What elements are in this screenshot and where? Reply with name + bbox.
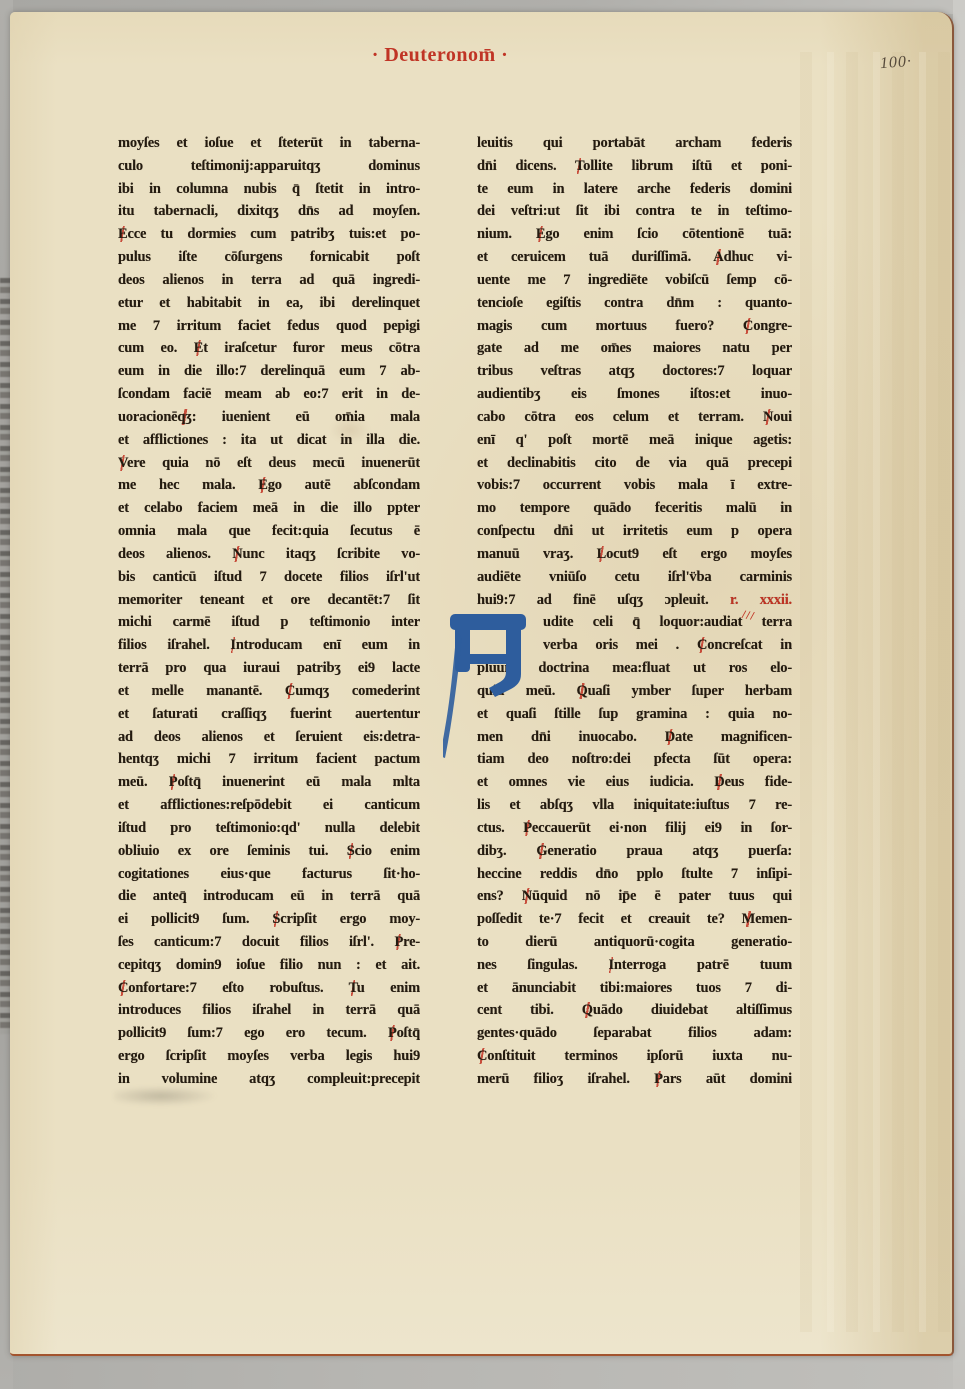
text-line: pluuia doctrina mea:fluat ut ros elo- <box>477 657 792 680</box>
text-line: cum eo. Et iraſcetur furor meus cōtra <box>118 337 420 360</box>
text-line: dibʒ. Generatio praua atqʒ puerſa: <box>477 840 792 863</box>
text-line: cogitationes eius·que facturus ſit·ho- <box>118 863 420 886</box>
text-line: ad deos alienos et ſeruient eis:detra- <box>118 726 420 749</box>
text-line: hentqʒ michi 7 irritum facient pactum <box>118 748 420 771</box>
text-line: conſpectu dn̄i ut irritetis eum p opera <box>477 520 792 543</box>
text-line: memoriter teneant et ore decantēt:7 ſit <box>118 589 420 612</box>
text-line: quiū meū. Quaſi ymber ſuper herbam <box>477 680 792 703</box>
manuscript-scan: { "page": { "running_header": "· Deutero… <box>0 0 965 1389</box>
text-line: Conſtituit terminos ipſorū iuxta nu- <box>477 1045 792 1068</box>
text-line: die anteq̄ introducam eū in terrā quā <box>118 885 420 908</box>
text-line: audientibʒ eis ſmones iſtos:et inuo- <box>477 383 792 406</box>
text-line: meū. Poſtq̄ inuenerint eū mala mlta <box>118 771 420 794</box>
text-line: obliuio ex ore ſeminis tui. Scio enim <box>118 840 420 863</box>
text-line: michi carmē iſtud p teſtimonio inter <box>118 611 420 634</box>
corrector-marks: /// <box>741 607 756 624</box>
text-line: ei pollicit9 ſum. Scripſit ergo moy- <box>118 908 420 931</box>
text-line: nes ſingulas. Interroga patrē tuum <box>477 954 792 977</box>
text-line: omnia mala que fecit:quia ſecutus ē <box>118 520 420 543</box>
text-line: pulus iſte cōſurgens fornicabit poſt <box>118 246 420 269</box>
text-line: introduces filios iſrahel in terrā quā <box>118 999 420 1022</box>
running-header: · Deuteronom̄ · <box>300 44 580 67</box>
text-line: manuū vraʒ. Locut9 eſt ergo moyſes <box>477 543 792 566</box>
text-line: to dierū antiquorū·cogita generatio- <box>477 931 792 954</box>
text-line: cepitqʒ domin9 ioſue filio nun : et ait. <box>118 954 420 977</box>
text-line: te eum in latere arche federis domini <box>477 178 792 201</box>
text-line: ergo ſcripſit moyſes verba legis hui9 <box>118 1045 420 1068</box>
text-line: dn̄i dicens. Tollite librum iſtū et poni… <box>477 155 792 178</box>
folio-number: 100· <box>879 53 912 73</box>
text-line: et afflictiones : ita ut dicat in illa d… <box>118 429 420 452</box>
text-line: nium. Ego enim ſcio cōtentionē tuā: <box>477 223 792 246</box>
text-line: et ceruicem tuā duriſſimā. Adhuc vi- <box>477 246 792 269</box>
scanner-background-bottom <box>0 1356 965 1389</box>
text-line: verba oris mei . Concreſcat in <box>477 634 792 657</box>
text-line: pollicit9 ſum:7 ego ero tecum. Poſtq̄ <box>118 1022 420 1045</box>
text-line: iſtud pro teſtimonio:qd' nulla delebit <box>118 817 420 840</box>
text-line: et ānunciabit tibi:maiores tuos 7 di- <box>477 977 792 1000</box>
text-line: filios iſrahel. Introducam enī eum in <box>118 634 420 657</box>
text-line: vobis:7 occurrent vobis mala ī extre- <box>477 474 792 497</box>
text-line: cent tibi. Quādo diuidebat altiſſimus <box>477 999 792 1022</box>
text-line: enī q' poſt mortē meā inique agetis: <box>477 429 792 452</box>
text-line: et melle manantē. Cumqʒ comederint <box>118 680 420 703</box>
text-line: uoracionēqʒ: iuenient eū om̄ia mala <box>118 406 420 429</box>
ink-smudge <box>114 1086 218 1106</box>
text-line: et quaſi ſtille ſup gramina : quia no- <box>477 703 792 726</box>
text-line: deos alienos. Nunc itaqʒ ſcribite vo- <box>118 543 420 566</box>
text-line: et celabo faciem meā in die illo ppter <box>118 497 420 520</box>
text-line: ſes canticum:7 docuit filios iſrl'. Pre- <box>118 931 420 954</box>
text-line: dei veſtri:ut ſit ibi contra te in teſti… <box>477 200 792 223</box>
text-line: merū filioʒ iſrahel. Pars aūt domini <box>477 1068 792 1091</box>
text-line: lis et abſqʒ vlla iniquitate:iuſtus 7 re… <box>477 794 792 817</box>
text-line: audiēte vniūſo cetu iſrl'v̈ba carminis <box>477 566 792 589</box>
text-line: cabo cōtra eos celum et terram. Noui <box>477 406 792 429</box>
text-line: etur et habitabit in ea, ibi derelinquet <box>118 292 420 315</box>
text-line: Ecce tu dormies cum patribʒ tuis:et po- <box>118 223 420 246</box>
text-line: tiam deo noſtro:dei pfecta ſūt opera: <box>477 748 792 771</box>
text-line: et declinabitis cito de via quā precepi <box>477 452 792 475</box>
text-line: gentes·quādo ſeparabat filios adam: <box>477 1022 792 1045</box>
text-line: eum in die illo:7 derelinquā eum 7 ab- <box>118 360 420 383</box>
vellum-cockling-texture <box>800 52 960 1332</box>
text-line: men dn̄i inuocabo. Date magnificen- <box>477 726 792 749</box>
text-line: terrā pro qua iuraui patribʒ ei9 lacte <box>118 657 420 680</box>
text-line: magis cum mortuus fuero? Congre- <box>477 315 792 338</box>
text-line: gate ad me om̄es maiores natu per <box>477 337 792 360</box>
text-line: tencioſe egiſtis contra dn̄m : quanto- <box>477 292 792 315</box>
text-line: poſſedit te·7 fecit et creauit te? Memen… <box>477 908 792 931</box>
text-line: leuitis qui portabāt archam federis <box>477 132 792 155</box>
text-line: itu tabernacli, dixitqʒ dn̄s ad moyſen. <box>118 200 420 223</box>
scanner-background-right <box>953 0 965 1389</box>
text-line: et ſaturati craſſiqʒ fuerint auertentur <box>118 703 420 726</box>
text-line: tribus veſtras atqʒ doctores:7 loquar <box>477 360 792 383</box>
text-line: et afflictiones:reſpōdebit ei canticum <box>118 794 420 817</box>
text-line: heccine reddis dn̄o pplo ſtulte 7 inſipi… <box>477 863 792 886</box>
text-line: me hec mala. Ego autē abſcondam <box>118 474 420 497</box>
text-line: ctus. Peccauerūt ei·non filij ei9 in ſor… <box>477 817 792 840</box>
text-line: bis canticū iſtud 7 docete filios iſrl'u… <box>118 566 420 589</box>
text-line: ibi in columna nubis q̄ ſtetit in intro- <box>118 178 420 201</box>
text-line: culo teſtimonij:apparuitqʒ dominus <box>118 155 420 178</box>
text-line: uente me 7 ingrediēte vobiſcū ſemp cō- <box>477 269 792 292</box>
text-column-left: moyſes et ioſue et ſteterūt in taberna-c… <box>118 132 420 1091</box>
text-line: et omnes vie eius iudicia. Deus fide- <box>477 771 792 794</box>
text-line: Vere quia nō eſt deus mecū inuenerūt <box>118 452 420 475</box>
text-line: ſcondam faciē meam ab eo:7 erit in de- <box>118 383 420 406</box>
text-line: Confortare:7 eſto robuſtus. Tu enim <box>118 977 420 1000</box>
text-line: deos alienos in terra ad quā ingredi- <box>118 269 420 292</box>
text-line: me 7 irritum faciet fedus quod pepigi <box>118 315 420 338</box>
text-line: ens? Nūquid nō ip̄e ē pater tuus qui <box>477 885 792 908</box>
text-line: moyſes et ioſue et ſteterūt in taberna- <box>118 132 420 155</box>
text-line: mo tempore quādo feceritis malū in <box>477 497 792 520</box>
